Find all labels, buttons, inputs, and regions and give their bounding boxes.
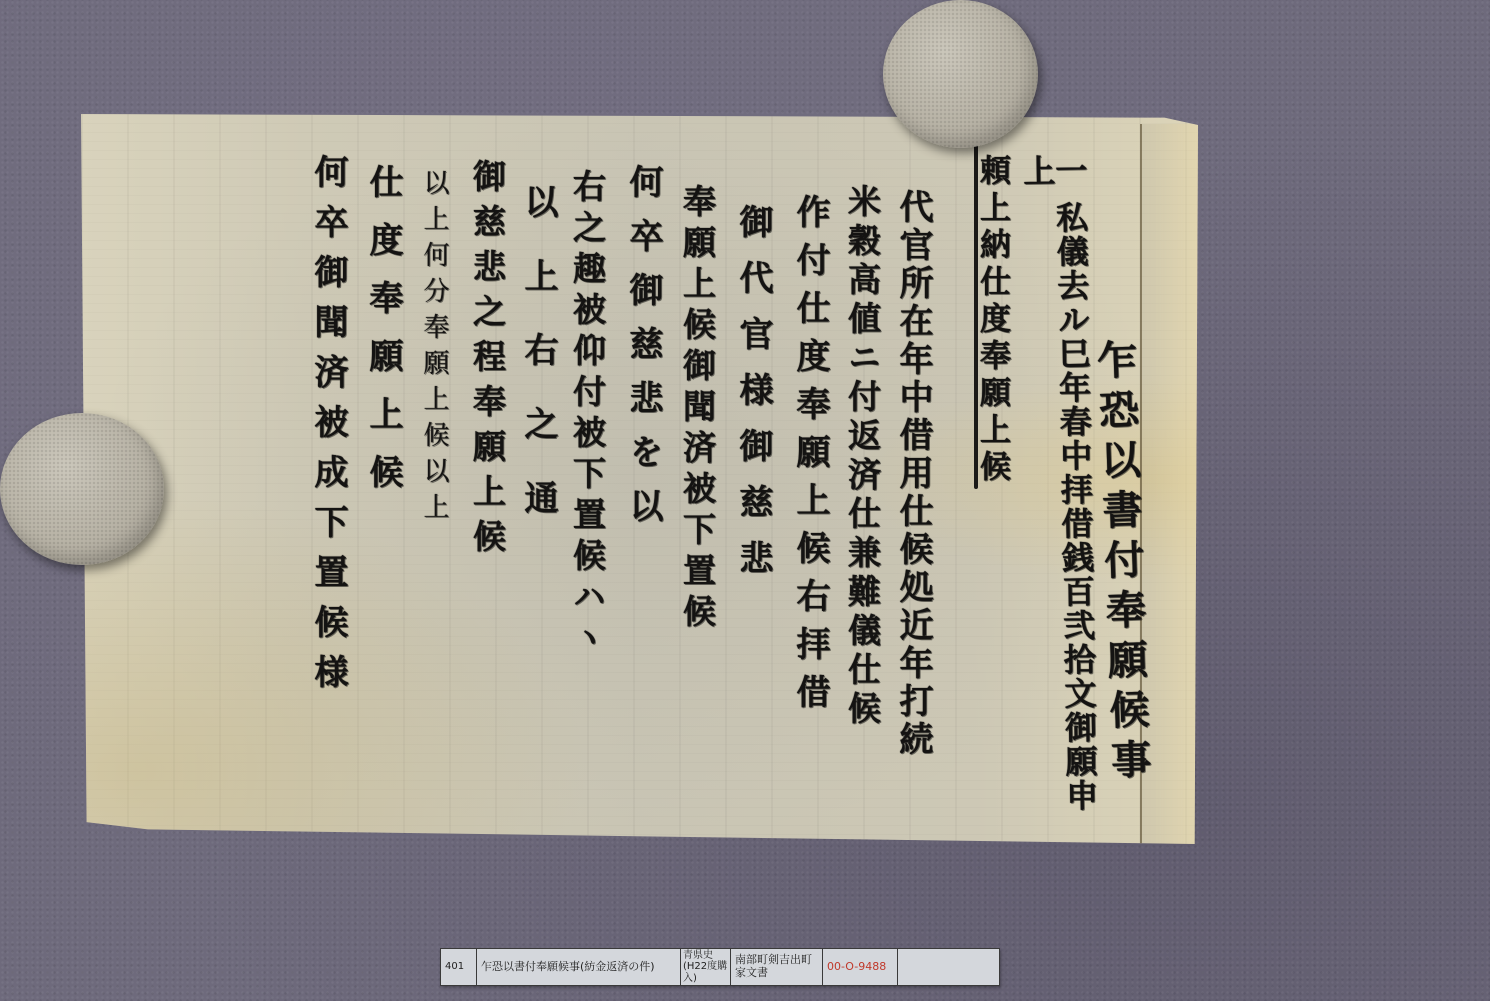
label-catalog-id: 00-O-9488	[823, 949, 898, 985]
text-column-2: 頼上納仕度奉願上候	[976, 154, 1007, 487]
text-column-9: 右之趣被仰付被下置候ハヽ	[571, 169, 604, 661]
label-title: 乍恐以書付奉願候事(紡金返済の件)	[477, 949, 681, 985]
label-owner: 南部町剣吉出町家文書	[731, 949, 823, 985]
label-blank-cell	[898, 949, 999, 985]
text-column-6: 御代官様御慈悲	[736, 204, 770, 596]
text-column-5: 作付仕度奉願上候右拝借	[793, 194, 827, 722]
text-column-12: 以上何分奉願上候以上	[421, 169, 447, 529]
text-column-8: 何卒御慈悲を以	[626, 164, 660, 542]
paperweight-top-right	[883, 0, 1038, 148]
paperweight-left	[0, 413, 164, 565]
text-column-10: 以上右之通	[521, 184, 555, 554]
text-column-3: 代官所在年中借用仕候処近年打続	[896, 189, 930, 759]
text-column-1: 一 私儀去ル巳年春中拝借銭百弐拾文御願申上	[1021, 153, 1097, 844]
text-column-11: 御慈悲之程奉願上候	[471, 159, 504, 564]
text-column-13: 仕度奉願上候	[366, 164, 400, 512]
document-paper: 乍恐以書付奉願候事 一 私儀去ル巳年春中拝借銭百弐拾文御願申上 頼上納仕度奉願上…	[81, 114, 1198, 844]
text-column-14: 何卒御聞済被成下置候様	[311, 154, 345, 704]
text-column-7: 奉願上候御聞済被下置候	[681, 184, 714, 635]
label-number: 401	[441, 949, 477, 985]
text-column-4: 米穀高値ニ付返済仕兼難儀仕候	[846, 184, 879, 730]
catalog-label: 401 乍恐以書付奉願候事(紡金返済の件) 青県史(H22度購入) 南部町剣吉出…	[440, 948, 1000, 986]
label-source: 青県史(H22度購入)	[681, 949, 731, 985]
